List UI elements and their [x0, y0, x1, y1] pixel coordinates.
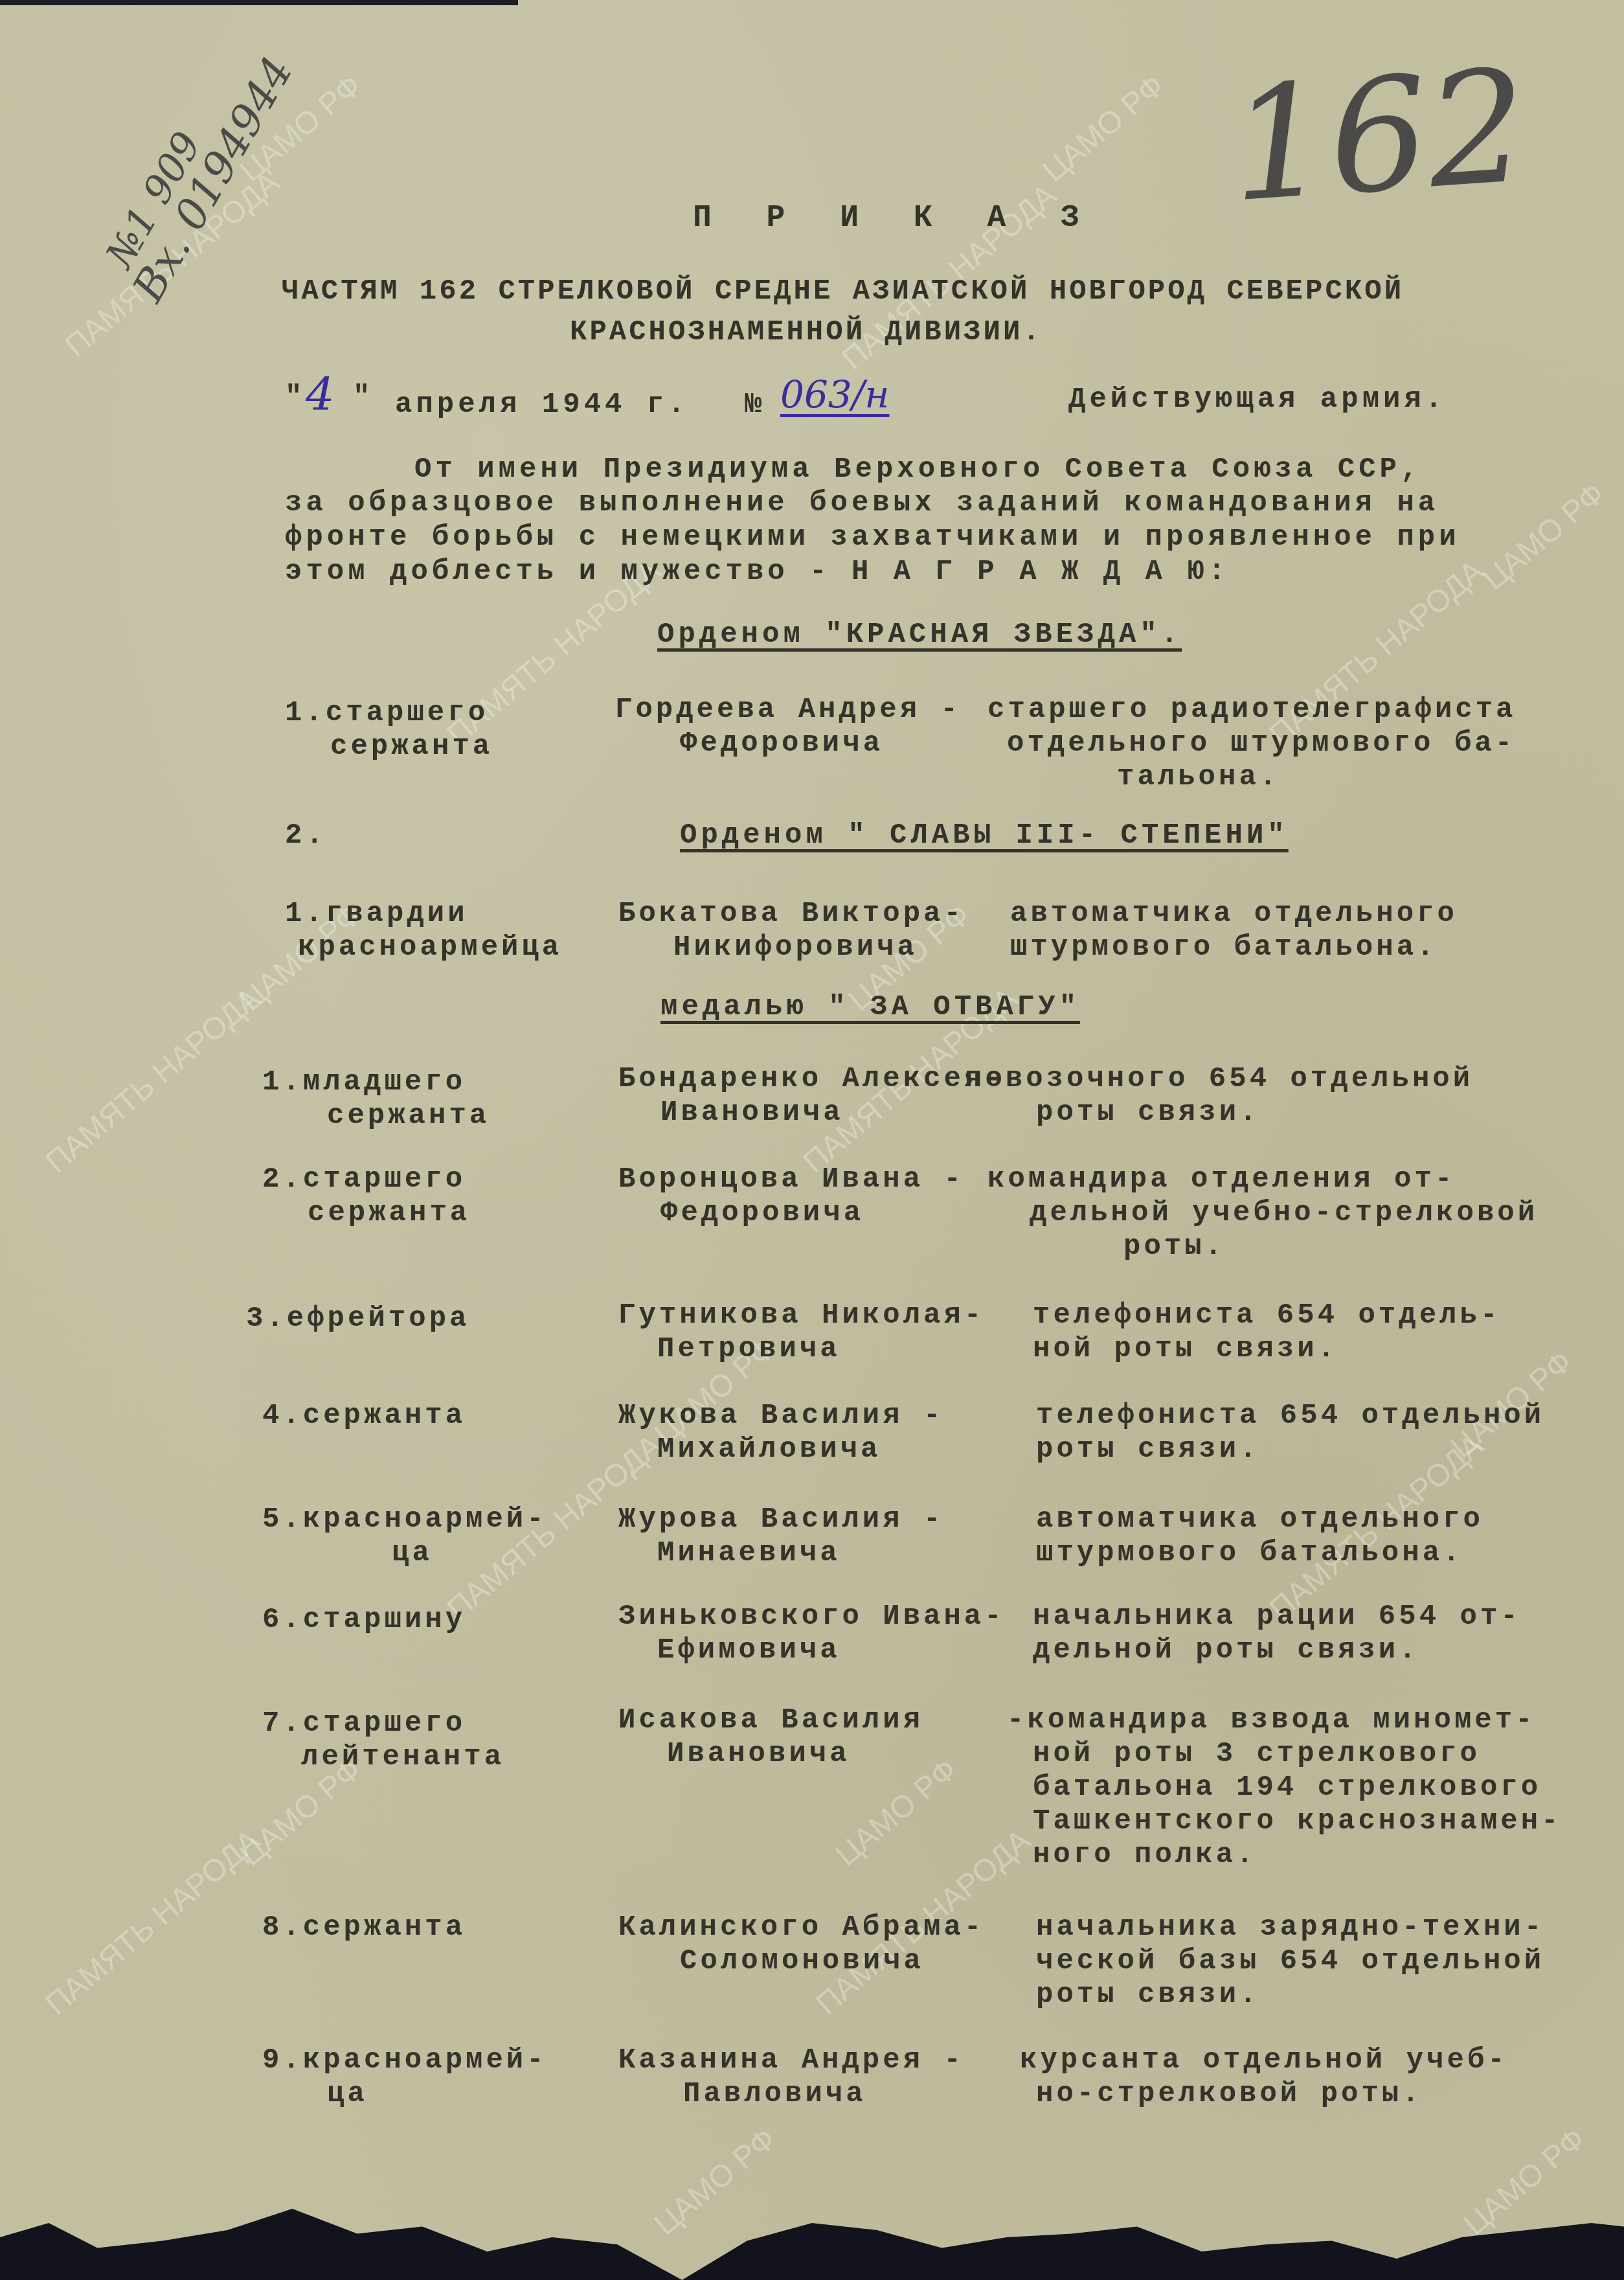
entry-name: Бондаренко Алексея-Ивановича: [618, 1062, 1005, 1130]
place: Действующая армия.: [1068, 383, 1446, 416]
entry-name: Бокатова Виктора-Никифоровича: [618, 897, 964, 964]
entry-position: -командира взвода миномет-ной роты 3 стр…: [1007, 1704, 1562, 1872]
entry-rank: 7.старшеголейтенанта: [262, 1707, 504, 1774]
entry-name: Воронцова Ивана -Федоровича: [618, 1163, 964, 1230]
entry-name: Зиньковского Ивана-Ефимовича: [618, 1600, 1005, 1667]
entry-position: командира отделения от-дельной учебно-ст…: [987, 1163, 1538, 1264]
entry-position: повозочного 654 отдельнойроты связи.: [965, 1062, 1473, 1130]
entry-position: начальника зарядно-техни-ческой базы 654…: [1036, 1911, 1544, 2012]
section-number: 2.: [285, 819, 327, 852]
entry-name: Исакова ВасилияИвановича: [618, 1704, 923, 1771]
entry-rank: 2.старшегосержанта: [262, 1163, 470, 1230]
entry-rank: 1.старшегосержанта: [285, 696, 493, 764]
entry-rank: 3.ефрейтора: [246, 1302, 469, 1336]
entry-rank: 8.сержанта: [262, 1911, 466, 1944]
award-heading-courage: медалью " ЗА ОТВАГУ": [660, 991, 1080, 1023]
entry-name: Журова Василия -Минаевича: [618, 1503, 943, 1570]
entry-name: Жукова Василия -Михайловича: [618, 1399, 943, 1466]
entry-position: автоматчика отдельногоштурмового батальо…: [1036, 1503, 1483, 1570]
entry-name: Гордеева Андрея -Федоровича: [615, 693, 961, 760]
scan-edge-top: [0, 0, 518, 5]
award-heading-red-star: Орденом "КРАСНАЯ ЗВЕЗДА".: [657, 619, 1182, 651]
date-month-year: апреля 1944 г.: [395, 389, 689, 421]
entry-position: автоматчика отдельногоштурмового батальо…: [1010, 897, 1458, 964]
entry-name: Калинского Абрама-Соломоновича: [618, 1911, 984, 1978]
award-heading-glory: Орденом " СЛАВЫ III- СТЕПЕНИ": [680, 819, 1289, 852]
entry-position: старшего радиотелеграфистаотдельного шту…: [987, 693, 1517, 794]
preamble-line: за образцовое выполнение боевых заданий …: [285, 487, 1439, 519]
order-number: 063/н: [780, 372, 889, 416]
entry-rank: 9.красноармей-ца: [262, 2044, 547, 2111]
order-number-label: №: [745, 389, 765, 421]
preamble-line: этом доблесть и мужество - Н А Г Р А Ж Д…: [285, 556, 1229, 588]
entry-rank: 5.красноармей-ца: [262, 1503, 547, 1570]
header-line-2: КРАСНОЗНАМЕННОЙ ДИВИЗИИ.: [570, 316, 1043, 348]
folio-number-annotation: 162: [1224, 35, 1533, 236]
preamble-line: фронте борьбы с немецкими захватчиками и…: [285, 521, 1460, 554]
entry-position: телефониста 654 отдель-ной роты связи.: [1033, 1299, 1500, 1366]
entry-name: Казанина Андрея -Павловича: [618, 2044, 964, 2111]
date-quote-open: ": [285, 381, 306, 413]
entry-position: курсанта отдельной учеб-но-стрелковой ро…: [1020, 2044, 1508, 2111]
preamble-line: От имени Президиума Верховного Совета Со…: [414, 453, 1421, 486]
entry-rank: 4.сержанта: [262, 1399, 466, 1433]
date-quote-close: ": [353, 381, 374, 413]
header-line-1: ЧАСТЯМ 162 СТРЕЛКОВОЙ СРЕДНЕ АЗИАТСКОЙ Н…: [282, 275, 1404, 308]
entry-rank: 6.старшину: [262, 1603, 466, 1637]
entry-rank: 1.гвардиикрасноармейца: [285, 897, 562, 964]
entry-position: начальника рации 654 от-дельной роты свя…: [1033, 1600, 1521, 1667]
entry-position: телефониста 654 отдельнойроты связи.: [1036, 1399, 1544, 1466]
document-title: П Р И К А З: [693, 201, 1098, 236]
entry-name: Гутникова Николая-Петровича: [618, 1299, 984, 1366]
date-day: 4: [306, 368, 335, 421]
entry-rank: 1.младшегосержанта: [262, 1066, 490, 1133]
